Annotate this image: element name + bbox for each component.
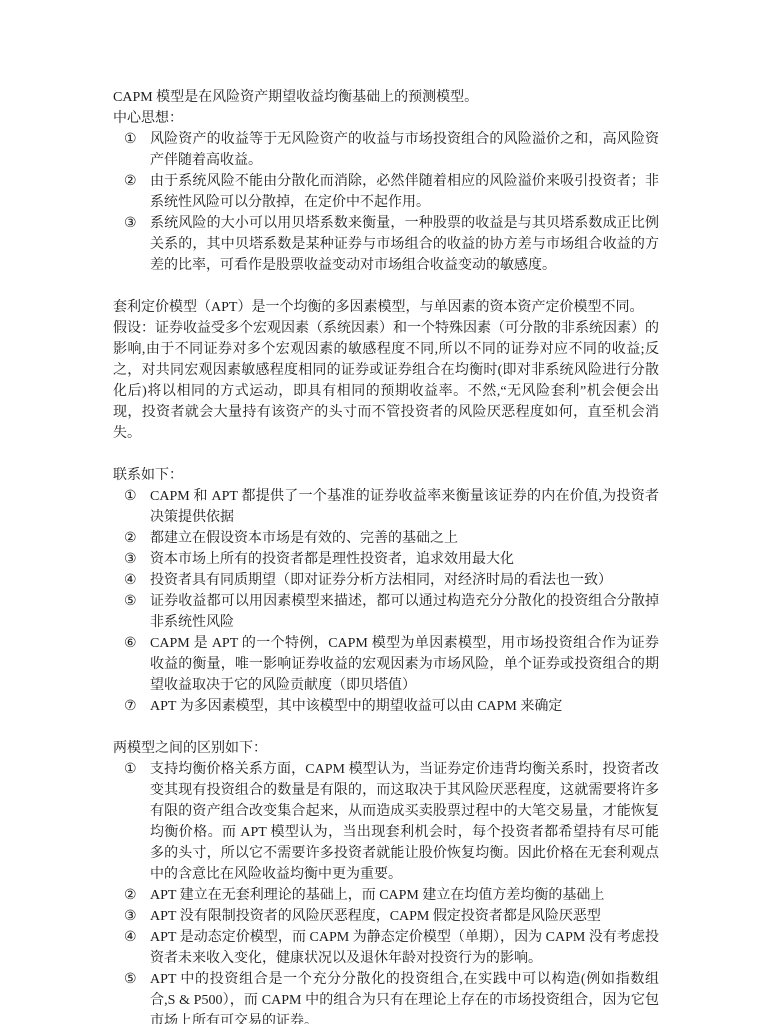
list-item-marker: ②	[124, 171, 148, 192]
list-item-marker: ②	[124, 885, 148, 906]
paragraph: CAPM 模型是在风险资产期望收益均衡基础上的预测模型。	[113, 87, 659, 108]
list-item-marker: ③	[124, 213, 148, 234]
list-item-marker: ①	[124, 129, 148, 150]
list-item-text: 风险资产的收益等于无风险资产的收益与市场投资组合的风险溢价之和，高风险资产伴随着…	[150, 132, 659, 168]
list-item-text: 资本市场上所有的投资者都是理性投资者，追求效用最大化	[150, 552, 514, 567]
list-item-marker: ⑤	[124, 591, 148, 612]
list-item-text: APT 为多因素模型，其中该模型中的期望收益可以由 CAPM 来确定	[150, 699, 562, 714]
list-item: ②由于系统风险不能由分散化而消除，必然伴随着相应的风险溢价来吸引投资者；非系统性…	[113, 171, 659, 213]
paragraph: 联系如下：	[113, 465, 659, 486]
list-item-marker: ④	[124, 927, 148, 948]
paragraph: 套利定价模型（APT）是一个均衡的多因素模型，与单因素的资本资产定价模型不同。	[113, 297, 659, 318]
document-content: CAPM 模型是在风险资产期望收益均衡基础上的预测模型。中心思想：①风险资产的收…	[113, 87, 659, 1024]
blank-line	[113, 276, 659, 297]
list-item-marker: ③	[124, 906, 148, 927]
list-item-marker: ①	[124, 759, 148, 780]
list-item-marker: ④	[124, 570, 148, 591]
list-item-text: 证券收益都可以用因素模型来描述，都可以通过构造充分分散化的投资组合分散掉非系统性…	[150, 594, 659, 630]
paragraph: 中心思想：	[113, 108, 659, 129]
list-item: ①支持均衡价格关系方面，CAPM 模型认为，当证券定价违背均衡关系时，投资者改变…	[113, 759, 659, 885]
list-item-marker: ③	[124, 549, 148, 570]
list-item-marker: ⑥	[124, 633, 148, 654]
list-item-marker: ②	[124, 528, 148, 549]
list-item: ⑦APT 为多因素模型，其中该模型中的期望收益可以由 CAPM 来确定	[113, 696, 659, 717]
list-item: ⑤APT 中的投资组合是一个充分分散化的投资组合,在实践中可以构造(例如指数组合…	[113, 969, 659, 1024]
list-item: ①CAPM 和 APT 都提供了一个基准的证券收益率来衡量该证券的内在价值,为投…	[113, 486, 659, 528]
list-item-marker: ①	[124, 486, 148, 507]
blank-line	[113, 717, 659, 738]
list-item: ⑥CAPM 是 APT 的一个特例，CAPM 模型为单因素模型，用市场投资组合作…	[113, 633, 659, 696]
list-item: ②APT 建立在无套利理论的基础上，而 CAPM 建立在均值方差均衡的基础上	[113, 885, 659, 906]
list-item: ③APT 没有限制投资者的风险厌恶程度，CAPM 假定投资者都是风险厌恶型	[113, 906, 659, 927]
list-item: ⑤证券收益都可以用因素模型来描述，都可以通过构造充分分散化的投资组合分散掉非系统…	[113, 591, 659, 633]
page-canvas: CAPM 模型是在风险资产期望收益均衡基础上的预测模型。中心思想：①风险资产的收…	[0, 0, 768, 1024]
list-item-text: 都建立在假设资本市场是有效的、完善的基础之上	[150, 531, 458, 546]
list-item-text: APT 中的投资组合是一个充分分散化的投资组合,在实践中可以构造(例如指数组合,…	[150, 972, 659, 1024]
list-item-text: APT 没有限制投资者的风险厌恶程度，CAPM 假定投资者都是风险厌恶型	[150, 909, 601, 924]
list-item: ③资本市场上所有的投资者都是理性投资者，追求效用最大化	[113, 549, 659, 570]
list-item-text: 投资者具有同质期望（即对证券分析方法相同，对经济时局的看法也一致）	[150, 573, 612, 588]
list-item: ③系统风险的大小可以用贝塔系数来衡量，一种股票的收益是与其贝塔系数成正比例关系的…	[113, 213, 659, 276]
numbered-list: ①CAPM 和 APT 都提供了一个基准的证券收益率来衡量该证券的内在价值,为投…	[113, 486, 659, 717]
paragraph: 假设：证券收益受多个宏观因素（系统因素）和一个特殊因素（可分散的非系统因素）的影…	[113, 318, 659, 444]
list-item-text: 由于系统风险不能由分散化而消除，必然伴随着相应的风险溢价来吸引投资者；非系统性风…	[150, 174, 659, 210]
list-item-text: CAPM 是 APT 的一个特例，CAPM 模型为单因素模型，用市场投资组合作为…	[150, 636, 659, 693]
list-item: ④APT 是动态定价模型，而 CAPM 为静态定价模型（单期），因为 CAPM …	[113, 927, 659, 969]
list-item-text: 系统风险的大小可以用贝塔系数来衡量，一种股票的收益是与其贝塔系数成正比例关系的，…	[150, 216, 659, 273]
paragraph: 两模型之间的区别如下：	[113, 738, 659, 759]
list-item: ①风险资产的收益等于无风险资产的收益与市场投资组合的风险溢价之和，高风险资产伴随…	[113, 129, 659, 171]
document-page: { "document": { "language": "zh-CN", "bl…	[0, 0, 768, 1024]
list-item-marker: ⑤	[124, 969, 148, 990]
list-item-marker: ⑦	[124, 696, 148, 717]
list-item-text: CAPM 和 APT 都提供了一个基准的证券收益率来衡量该证券的内在价值,为投资…	[150, 489, 659, 525]
numbered-list: ①风险资产的收益等于无风险资产的收益与市场投资组合的风险溢价之和，高风险资产伴随…	[113, 129, 659, 276]
list-item-text: APT 是动态定价模型，而 CAPM 为静态定价模型（单期），因为 CAPM 没…	[150, 930, 659, 966]
numbered-list: ①支持均衡价格关系方面，CAPM 模型认为，当证券定价违背均衡关系时，投资者改变…	[113, 759, 659, 1024]
blank-line	[113, 444, 659, 465]
list-item: ④投资者具有同质期望（即对证券分析方法相同，对经济时局的看法也一致）	[113, 570, 659, 591]
list-item-text: 支持均衡价格关系方面，CAPM 模型认为，当证券定价违背均衡关系时，投资者改变其…	[150, 762, 659, 882]
list-item-text: APT 建立在无套利理论的基础上，而 CAPM 建立在均值方差均衡的基础上	[150, 888, 604, 903]
list-item: ②都建立在假设资本市场是有效的、完善的基础之上	[113, 528, 659, 549]
